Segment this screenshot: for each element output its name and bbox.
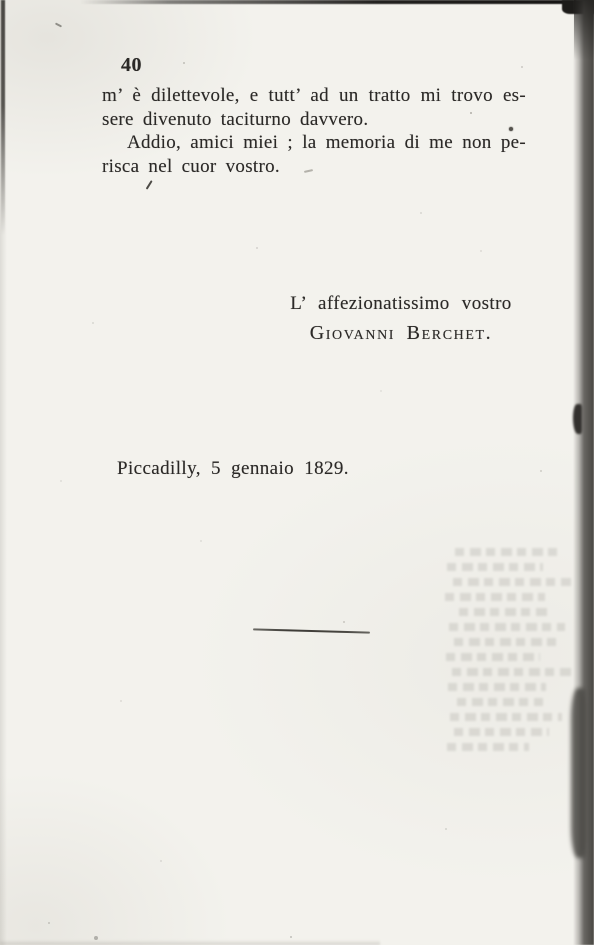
ink-speck	[55, 22, 62, 27]
scan-bottom-edge-shadow	[0, 940, 380, 945]
dateline: Piccadilly, 5 gennaio 1829.	[117, 458, 349, 480]
body-line: m’ è dilettevole, e tutt’ ad un tratto m…	[102, 84, 526, 108]
body-text: m’ è dilettevole, e tutt’ ad un tratto m…	[102, 84, 526, 178]
separator-rule	[253, 628, 370, 633]
body-line: risca nel cuor vostro.	[102, 155, 526, 179]
scan-band-top-shadow	[574, 0, 594, 60]
scan-top-edge-line	[80, 0, 576, 4]
paper-speckles	[0, 0, 2, 2]
scan-band-blotch	[571, 688, 585, 858]
scan-left-edge-shadow	[0, 0, 7, 945]
scanned-book-page: 40 m’ è dilettevole, e tutt’ ad un tratt…	[0, 0, 594, 945]
body-line: sere divenuto taciturno davvero.	[102, 108, 526, 132]
page-number: 40	[121, 54, 142, 77]
scan-band-blotch	[573, 404, 582, 434]
body-line: Addio, amici miei ; la memoria di me non…	[102, 131, 526, 155]
bleedthrough-text-ghost	[445, 548, 575, 760]
closing-block: L’ affezionatissimo vostro Giovanni Berc…	[278, 293, 524, 345]
signature-name: Giovanni Berchet.	[278, 322, 524, 345]
valediction-line: L’ affezionatissimo vostro	[278, 293, 524, 315]
ink-slash-mark	[146, 180, 153, 189]
